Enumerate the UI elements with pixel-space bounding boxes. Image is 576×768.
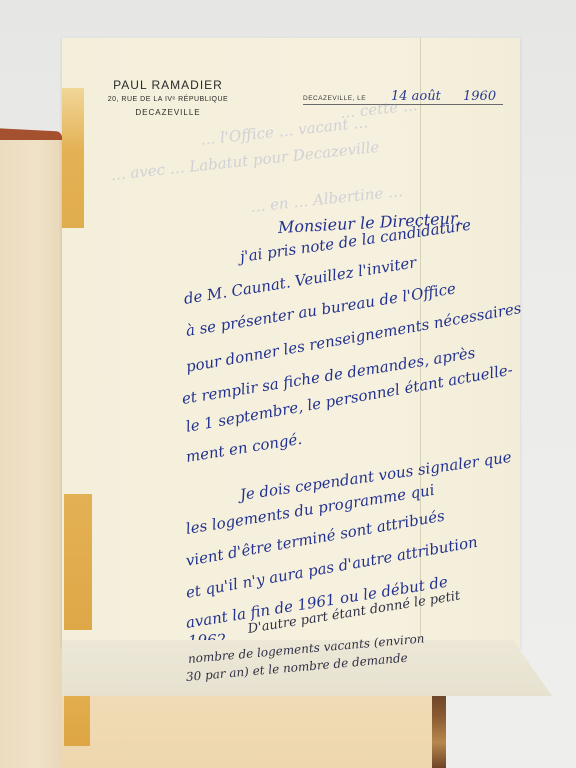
letterhead-address: 20, RUE DE LA IVᵉ RÉPUBLIQUE bbox=[78, 96, 258, 103]
letterhead: PAUL RAMADIER 20, RUE DE LA IVᵉ RÉPUBLIQ… bbox=[78, 78, 258, 117]
tape-strip-middle bbox=[64, 494, 92, 630]
tape-strip-bottom bbox=[64, 696, 90, 746]
letterhead-city: DECAZEVILLE bbox=[78, 108, 258, 117]
letterhead-name: PAUL RAMADIER bbox=[78, 78, 258, 92]
dateline-label: DECAZEVILLE, LE bbox=[303, 95, 366, 102]
dateline-year: 1960 bbox=[463, 89, 496, 104]
book-page bbox=[0, 140, 64, 768]
